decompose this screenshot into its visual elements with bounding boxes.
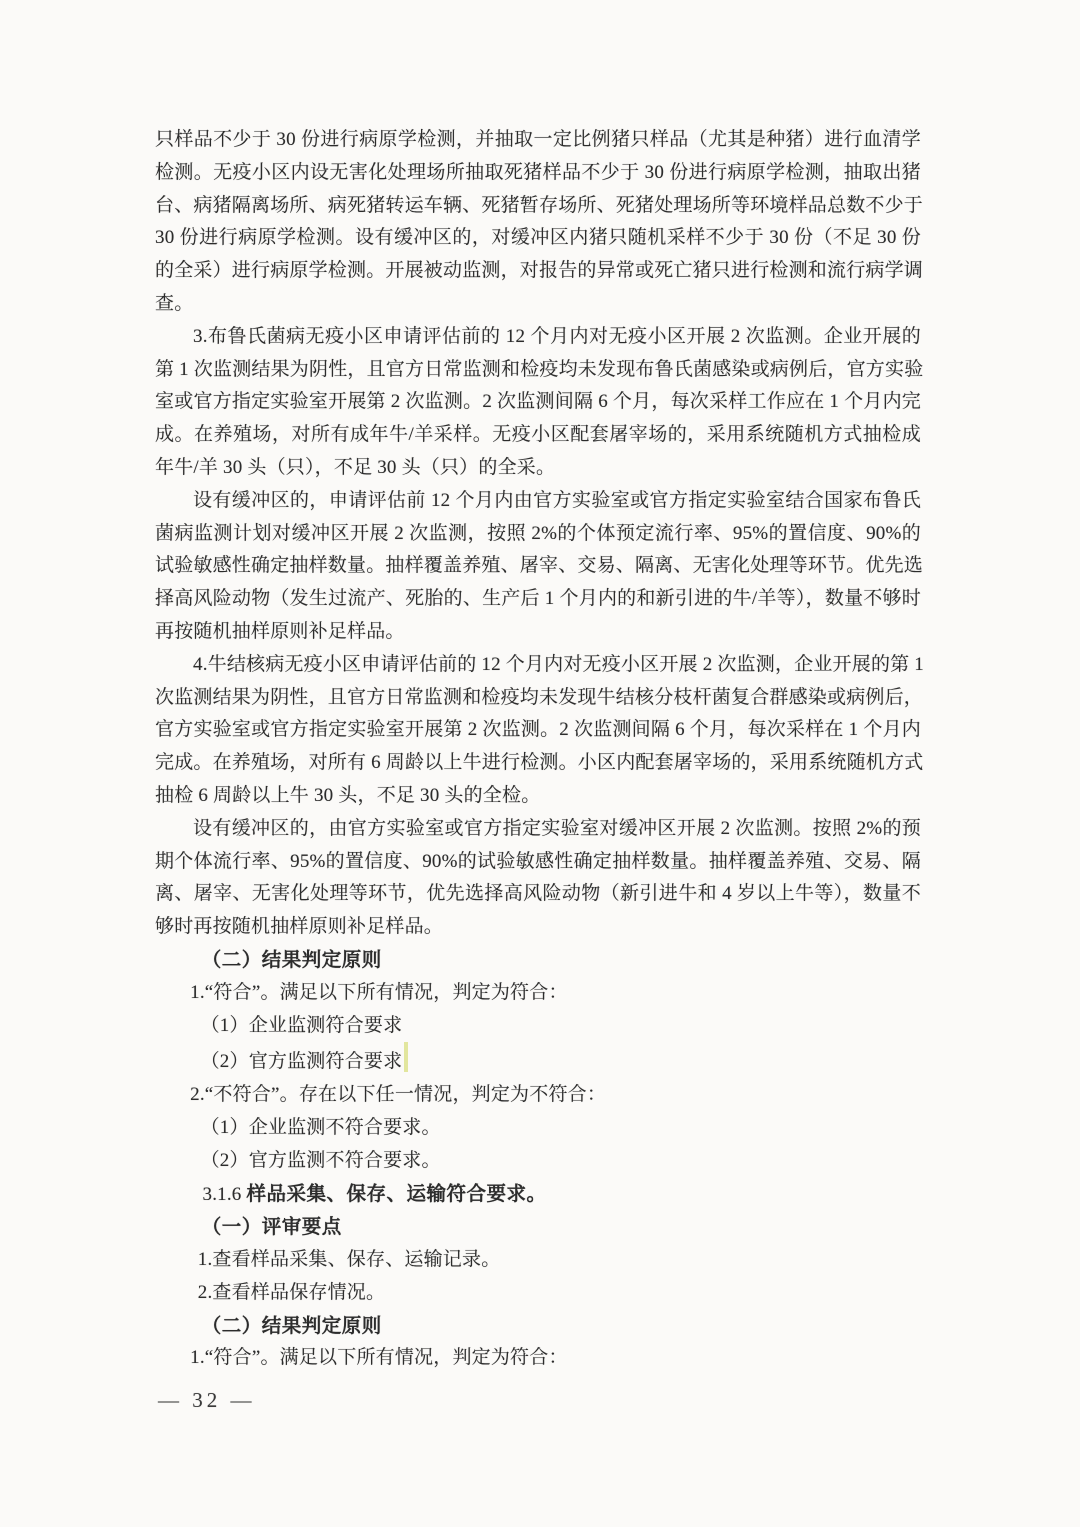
- text-line: 完成。在养殖场，对所有 6 周龄以上牛进行检测。小区内配套屠宰场的，采用系统随机…: [155, 747, 921, 780]
- document-page: 只样品不少于 30 份进行病原学检测，并抽取一定比例猪只样品（尤其是种猪）进行血…: [0, 0, 1080, 1527]
- text-line: 抽检 6 周龄以上牛 30 头，不足 30 头的全检。: [155, 780, 921, 813]
- text-line: 设有缓冲区的，由官方实验室或官方指定实验室对缓冲区开展 2 次监测。按照 2%的…: [155, 813, 921, 846]
- text-line: 成。在养殖场，对所有成年牛/羊采样。无疫小区配套屠宰场的，采用系统随机方式抽检成: [155, 419, 921, 452]
- text-line: 2.“不符合”。存在以下任一情况，判定为不符合：: [155, 1079, 921, 1112]
- text-line: 3.1.6 样品采集、保存、运输符合要求。: [155, 1178, 921, 1212]
- text-line: 30 份进行病原学检测。设有缓冲区的，对缓冲区内猪只随机采样不少于 30 份（不…: [155, 222, 921, 255]
- text-line: 择高风险动物（发生过流产、死胎的、生产后 1 个月内的和新引进的牛/羊等），数量…: [155, 583, 921, 616]
- text-line: 年牛/羊 30 头（只），不足 30 头（只）的全采。: [155, 452, 921, 485]
- text-line: （二）结果判定原则: [155, 1310, 921, 1343]
- text-line: 只样品不少于 30 份进行病原学检测，并抽取一定比例猪只样品（尤其是种猪）进行血…: [155, 124, 921, 157]
- text-line: 设有缓冲区的，申请评估前 12 个月内由官方实验室或官方指定实验室结合国家布鲁氏: [155, 485, 921, 518]
- text-line: 1.“符合”。满足以下所有情况，判定为符合：: [155, 1342, 921, 1375]
- text-line: （2）官方监测不符合要求。: [155, 1145, 921, 1178]
- text-line: 次监测结果为阴性，且官方日常监测和检疫均未发现牛结核分枝杆菌复合群感染或病例后，: [155, 682, 921, 715]
- text-line: 的全采）进行病原学检测。开展被动监测，对报告的异常或死亡猪只进行检测和流行病学调: [155, 255, 921, 288]
- text-line: 第 1 次监测结果为阴性，且官方日常监测和检疫均未发现布鲁氏菌感染或病例后，官方…: [155, 354, 921, 387]
- text-line: （一）评审要点: [155, 1211, 921, 1244]
- text-line: （二）结果判定原则: [155, 944, 921, 977]
- text-line: 检测。无疫小区内设无害化处理场所抽取死猪样品不少于 30 份进行病原学检测，抽取…: [155, 157, 921, 190]
- text-line: 离、屠宰、无害化处理等环节，优先选择高风险动物（新引进牛和 4 岁以上牛等），数…: [155, 878, 921, 911]
- text-segment: 3.1.6: [203, 1184, 247, 1205]
- text-cursor-highlight: [404, 1042, 408, 1072]
- text-line: 官方实验室或官方指定实验室开展第 2 次监测。2 次监测间隔 6 个月，每次采样…: [155, 714, 921, 747]
- text-segment: 样品采集、保存、运输符合要求。: [246, 1183, 546, 1205]
- text-line: 1.“符合”。满足以下所有情况，判定为符合：: [155, 977, 921, 1010]
- text-line: （1）企业监测符合要求: [155, 1010, 921, 1043]
- page-footer: — 32 —: [158, 1388, 256, 1413]
- text-line: 台、病猪隔离场所、病死猪转运车辆、死猪暂存场所、死猪处理场所等环境样品总数不少于: [155, 190, 921, 223]
- document-body: 只样品不少于 30 份进行病原学检测，并抽取一定比例猪只样品（尤其是种猪）进行血…: [155, 124, 921, 1375]
- text-line: 再按随机抽样原则补足样品。: [155, 616, 921, 649]
- text-line: 4.牛结核病无疫小区申请评估前的 12 个月内对无疫小区开展 2 次监测，企业开…: [155, 649, 921, 682]
- text-line: 菌病监测计划对缓冲区开展 2 次监测，按照 2%的个体预定流行率、95%的置信度…: [155, 518, 921, 551]
- text-line: 试验敏感性确定抽样数量。抽样覆盖养殖、屠宰、交易、隔离、无害化处理等环节。优先选: [155, 550, 921, 583]
- text-line: 3.布鲁氏菌病无疫小区申请评估前的 12 个月内对无疫小区开展 2 次监测。企业…: [155, 321, 921, 354]
- text-line: 2.查看样品保存情况。: [155, 1277, 921, 1310]
- text-line: 查。: [155, 288, 921, 321]
- text-line: 够时再按随机抽样原则补足样品。: [155, 911, 921, 944]
- text-line: （2）官方监测符合要求: [155, 1042, 921, 1079]
- text-line: （1）企业监测不符合要求。: [155, 1112, 921, 1145]
- text-line: 期个体流行率、95%的置信度、90%的试验敏感性确定抽样数量。抽样覆盖养殖、交易…: [155, 846, 921, 879]
- text-line: 1.查看样品采集、保存、运输记录。: [155, 1244, 921, 1277]
- text-line: 室或官方指定实验室开展第 2 次监测。2 次监测间隔 6 个月，每次采样工作应在…: [155, 386, 921, 419]
- page-number: — 32 —: [158, 1388, 256, 1412]
